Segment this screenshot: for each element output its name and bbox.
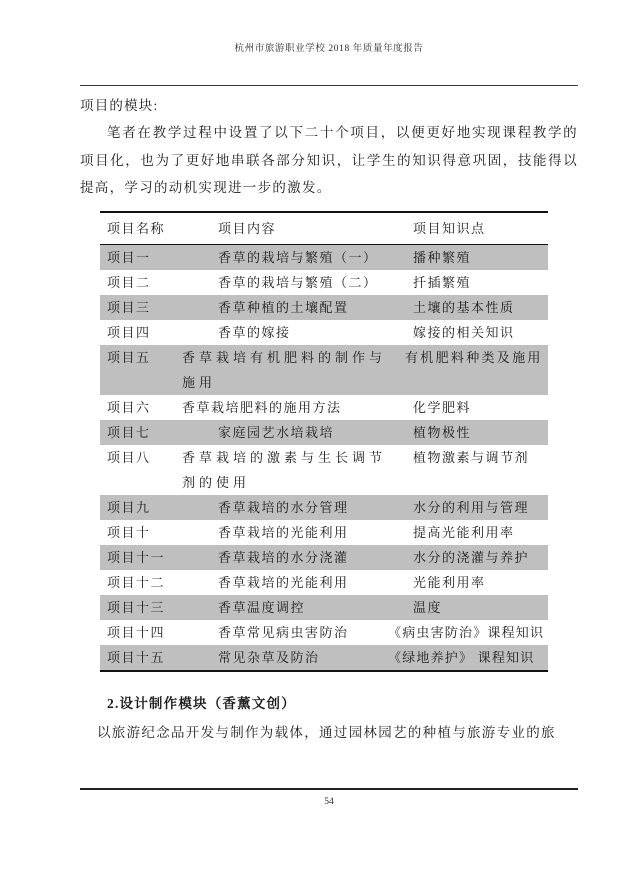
intro-paragraph: 笔者在教学过程中设置了以下二十个项目，以便更好地实现课程教学的项目化，也为了更好… bbox=[80, 119, 578, 202]
table-row: 项目十三香草温度调控温度 bbox=[100, 595, 548, 620]
cell-project-name: 项目九 bbox=[100, 495, 182, 520]
cell-project-knowledge: 《绿地养护》 课程知识 bbox=[388, 645, 548, 671]
table-row: 项目三香草种植的土壤配置土壤的基本性质 bbox=[100, 295, 548, 320]
cell-project-content: 常见杂草及防治 bbox=[182, 645, 388, 671]
cell-project-content: 香草的栽培与繁殖（一） bbox=[182, 245, 388, 271]
cell-project-content: 香草的嫁接 bbox=[182, 320, 388, 345]
header-rule bbox=[80, 85, 578, 86]
cell-project-knowledge: 光能利用率 bbox=[388, 570, 548, 595]
cell-project-content: 香草的栽培与繁殖（二） bbox=[182, 270, 388, 295]
cell-project-name: 项目二 bbox=[100, 270, 182, 295]
cell-project-name: 项目十四 bbox=[100, 620, 182, 645]
cell-project-name: 项目一 bbox=[100, 245, 182, 271]
cell-project-knowledge: 播种繁殖 bbox=[388, 245, 548, 271]
table-row: 项目八香草栽培的激素与生长调节剂的使用植物激素与调节剂 bbox=[100, 445, 548, 495]
cell-project-content: 香草种植的土壤配置 bbox=[182, 295, 388, 320]
table-row: 项目六香草栽培肥料的施用方法化学肥料 bbox=[100, 395, 548, 420]
section2-heading: 2.设计制作模块（香薰文创） bbox=[80, 690, 578, 717]
cell-project-content: 香草常见病虫害防治 bbox=[182, 620, 388, 645]
cell-project-content: 香草栽培的光能利用 bbox=[182, 570, 388, 595]
cell-project-name: 项目十一 bbox=[100, 545, 182, 570]
table-row: 项目一香草的栽培与繁殖（一）播种繁殖 bbox=[100, 245, 548, 271]
table-row: 项目二香草的栽培与繁殖（二）扦插繁殖 bbox=[100, 270, 548, 295]
projects-table: 项目名称 项目内容 项目知识点 项目一香草的栽培与繁殖（一）播种繁殖项目二香草的… bbox=[100, 211, 548, 672]
cell-project-knowledge: 扦插繁殖 bbox=[388, 270, 548, 295]
cell-project-content: 香草栽培的水分管理 bbox=[182, 495, 388, 520]
cell-project-knowledge: 温度 bbox=[388, 595, 548, 620]
cell-project-name: 项目五 bbox=[100, 345, 182, 395]
column-header-project-content: 项目内容 bbox=[182, 212, 388, 245]
section-label: 项目的模块: bbox=[80, 92, 578, 119]
table-row: 项目十五常见杂草及防治《绿地养护》 课程知识 bbox=[100, 645, 548, 671]
table-row: 项目九香草栽培的水分管理水分的利用与管理 bbox=[100, 495, 548, 520]
cell-project-name: 项目十五 bbox=[100, 645, 182, 671]
table-row: 项目十香草栽培的光能利用提高光能利用率 bbox=[100, 520, 548, 545]
cell-project-content: 家庭园艺水培栽培 bbox=[182, 420, 388, 445]
cell-project-name: 项目三 bbox=[100, 295, 182, 320]
table-row: 项目七家庭园艺水培栽培植物极性 bbox=[100, 420, 548, 445]
cell-project-content: 香草栽培肥料的施用方法 bbox=[182, 395, 388, 420]
section2-paragraph: 以旅游纪念品开发与制作为载体，通过园林园艺的种植与旅游专业的旅 bbox=[80, 719, 578, 746]
cell-project-knowledge: 植物极性 bbox=[388, 420, 548, 445]
running-header-title: 杭州市旅游职业学校 2018 年质量年度报告 bbox=[80, 40, 578, 54]
cell-project-name: 项目十 bbox=[100, 520, 182, 545]
footer-rule bbox=[80, 788, 578, 790]
cell-project-content: 香草栽培的光能利用 bbox=[182, 520, 388, 545]
cell-project-name: 项目八 bbox=[100, 445, 182, 495]
cell-project-knowledge: 有机肥料种类及施用 bbox=[388, 345, 548, 395]
cell-project-knowledge: 提高光能利用率 bbox=[388, 520, 548, 545]
cell-project-knowledge: 嫁接的相关知识 bbox=[388, 320, 548, 345]
document-page: 杭州市旅游职业学校 2018 年质量年度报告 项目的模块: 笔者在教学过程中设置… bbox=[0, 0, 620, 877]
cell-project-knowledge: 《病虫害防治》课程知识 bbox=[388, 620, 548, 645]
cell-project-content: 香草栽培的激素与生长调节剂的使用 bbox=[182, 445, 388, 495]
cell-project-content: 香草栽培的水分浇灌 bbox=[182, 545, 388, 570]
column-header-project-name: 项目名称 bbox=[100, 212, 182, 245]
cell-project-content: 香草温度调控 bbox=[182, 595, 388, 620]
cell-project-content: 香草栽培有机肥料的制作与施用 bbox=[182, 345, 388, 395]
table-row: 项目十二香草栽培的光能利用光能利用率 bbox=[100, 570, 548, 595]
cell-project-name: 项目十二 bbox=[100, 570, 182, 595]
cell-project-knowledge: 水分的利用与管理 bbox=[388, 495, 548, 520]
cell-project-name: 项目六 bbox=[100, 395, 182, 420]
cell-project-knowledge: 水分的浇灌与养护 bbox=[388, 545, 548, 570]
page-number: 54 bbox=[80, 797, 578, 807]
cell-project-knowledge: 植物激素与调节剂 bbox=[388, 445, 548, 495]
cell-project-knowledge: 土壤的基本性质 bbox=[388, 295, 548, 320]
table-row: 项目四香草的嫁接嫁接的相关知识 bbox=[100, 320, 548, 345]
cell-project-name: 项目四 bbox=[100, 320, 182, 345]
cell-project-name: 项目十三 bbox=[100, 595, 182, 620]
cell-project-name: 项目七 bbox=[100, 420, 182, 445]
table-header-row: 项目名称 项目内容 项目知识点 bbox=[100, 212, 548, 245]
table-row: 项目十一香草栽培的水分浇灌水分的浇灌与养护 bbox=[100, 545, 548, 570]
column-header-project-knowledge: 项目知识点 bbox=[388, 212, 548, 245]
table-row: 项目五香草栽培有机肥料的制作与施用有机肥料种类及施用 bbox=[100, 345, 548, 395]
cell-project-knowledge: 化学肥料 bbox=[388, 395, 548, 420]
table-row: 项目十四香草常见病虫害防治《病虫害防治》课程知识 bbox=[100, 620, 548, 645]
